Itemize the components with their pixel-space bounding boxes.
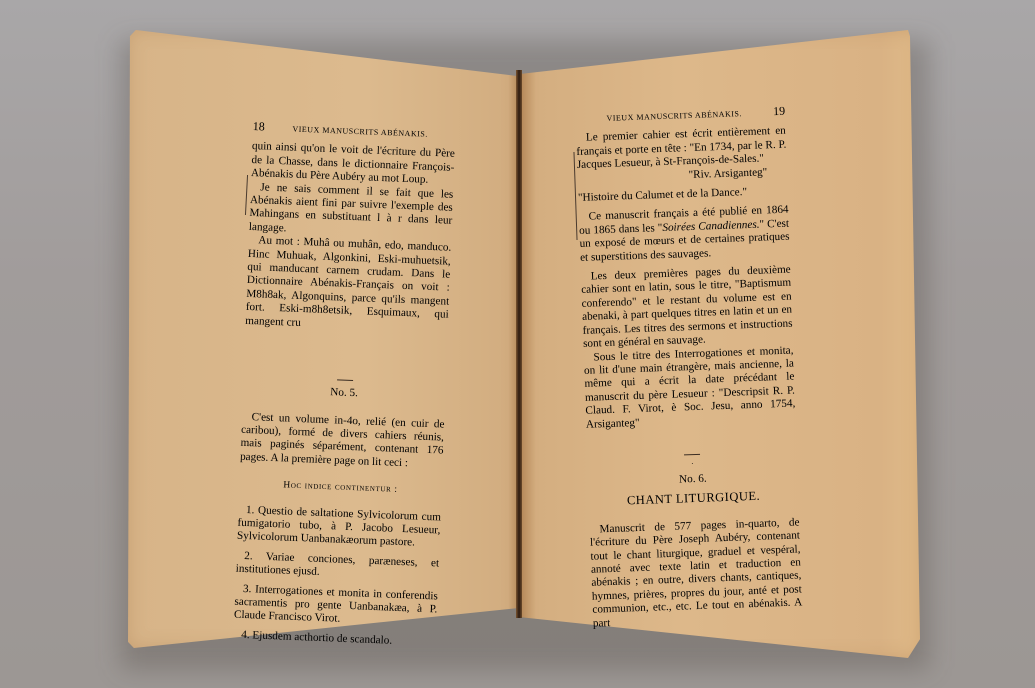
paragraph: Je ne sais comment il se fait que les Ab… <box>249 181 454 242</box>
paragraph: Ce manuscrit français a été publié en 18… <box>578 204 790 265</box>
page-number: 19 <box>773 105 785 119</box>
section-divider <box>684 454 700 456</box>
paragraph: Manuscrit de 577 pages in-quarto, de l'é… <box>589 516 803 631</box>
section-divider <box>337 379 353 381</box>
right-page-text: VIEUX MANUSCRITS ABÉNAKIS. 19 Le premier… <box>575 105 803 631</box>
list-item: 2. Variae conciones, paræneses, et insti… <box>235 549 439 584</box>
book-gutter <box>516 70 522 618</box>
running-head: VIEUX MANUSCRITS ABÉNAKIS. <box>292 123 428 142</box>
left-page-text: 18 VIEUX MANUSCRITS ABÉNAKIS. quin ainsi… <box>233 120 456 650</box>
page-number: 18 <box>252 120 265 134</box>
running-head: VIEUX MANUSCRITS ABÉNAKIS. <box>606 107 742 125</box>
section-intro: C'est un volume in-4o, relié (en cuir de… <box>240 410 445 471</box>
paragraph: Au mot : Muhâ ou muhân, edo, manduco. Hi… <box>245 234 451 336</box>
paragraph: Sous le titre des Interrogationes et mon… <box>583 344 796 432</box>
list-item: 3. Interrogationes et monita in conferen… <box>234 582 438 630</box>
paragraph: Les deux premières pages du deuxième cah… <box>581 264 794 352</box>
paragraph: Le premier cahier est écrit entièrement … <box>576 125 787 173</box>
list-item: 1. Questio de saltatione Sylvicolorum cu… <box>237 503 441 551</box>
